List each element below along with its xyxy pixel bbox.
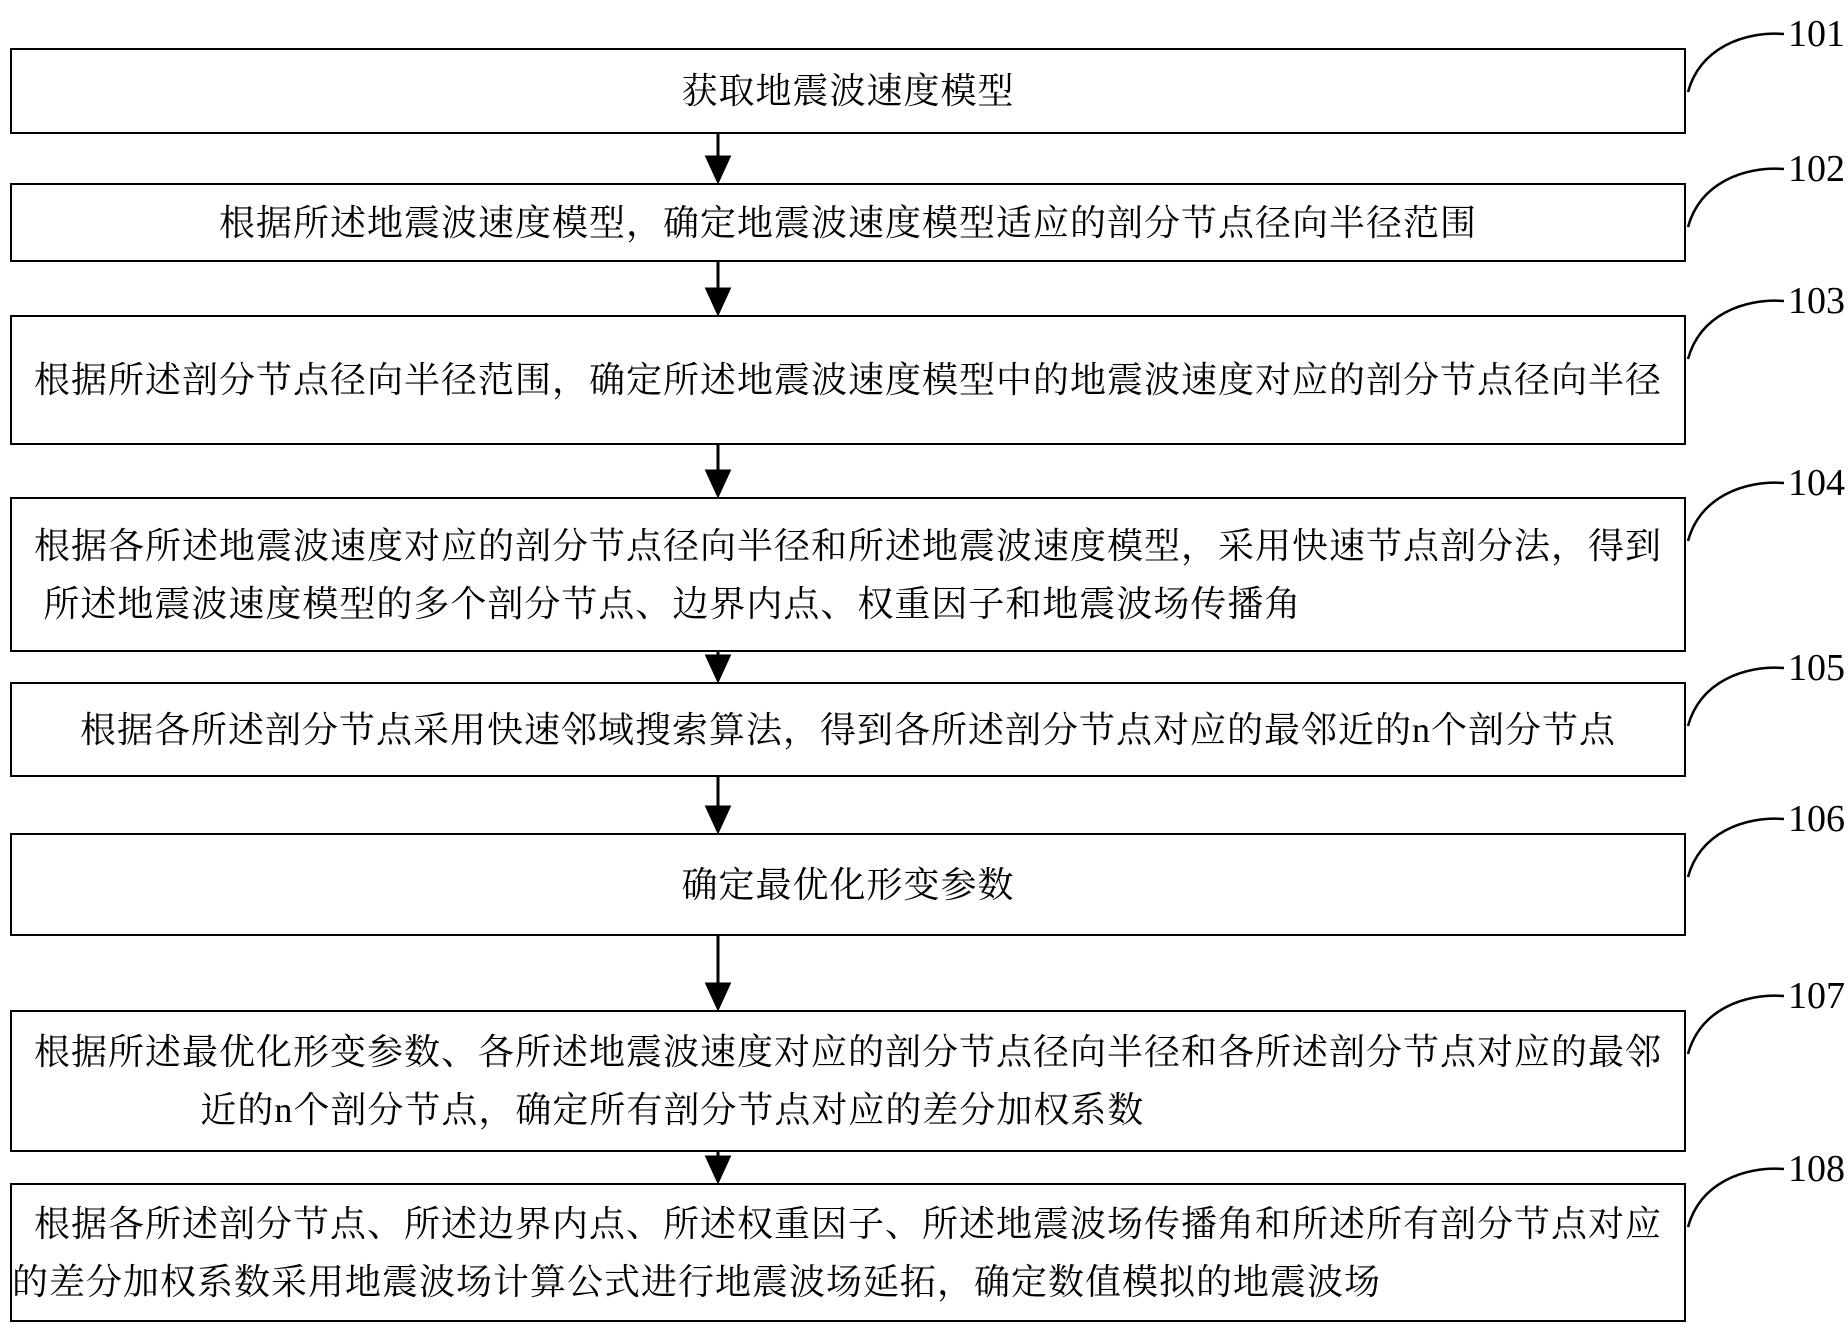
step-box-106: 确定最优化形变参数 (10, 833, 1686, 936)
leader-line-106 (1688, 819, 1784, 877)
flow-arrowhead-5 (707, 807, 729, 831)
ref-label-107: 107 (1788, 975, 1848, 1017)
step-box-107: 根据所述最优化形变参数、各所述地震波速度对应的剖分节点径向半径和各所述剖分节点对… (10, 1010, 1686, 1152)
flowchart-figure: 获取地震波速度模型 根据所述地震波速度模型，确定地震波速度模型适应的剖分节点径向… (0, 0, 1848, 1330)
leader-line-102 (1688, 169, 1784, 227)
step-box-105: 根据各所述剖分节点采用快速邻域搜索算法，得到各所述剖分节点对应的最邻近的n个剖分… (10, 682, 1686, 777)
step-105-text: 根据各所述剖分节点采用快速邻域搜索算法，得到各所述剖分节点对应的最邻近的n个剖分… (12, 701, 1684, 759)
step-107-text-line1: 根据所述最优化形变参数、各所述地震波速度对应的剖分节点径向半径和各所述剖分节点对… (12, 1023, 1684, 1081)
step-102-text: 根据所述地震波速度模型，确定地震波速度模型适应的剖分节点径向半径范围 (12, 194, 1684, 252)
flow-arrowhead-4 (707, 656, 729, 680)
leader-line-104 (1688, 483, 1784, 541)
step-104-text-line2: 所述地震波速度模型的多个剖分节点、边界内点、权重因子和地震波场传播角 (12, 575, 1333, 633)
flow-arrowhead-3 (707, 471, 729, 495)
leader-line-103 (1688, 301, 1784, 359)
leader-line-107 (1688, 996, 1784, 1054)
ref-label-103: 103 (1788, 280, 1848, 322)
step-box-104: 根据各所述地震波速度对应的剖分节点径向半径和所述地震波速度模型，采用快速节点剖分… (10, 497, 1686, 652)
flow-arrowhead-6 (707, 984, 729, 1008)
leader-line-108 (1688, 1169, 1784, 1227)
ref-label-104: 104 (1788, 462, 1848, 504)
step-box-108: 根据各所述剖分节点、所述边界内点、所述权重因子、所述地震波场传播角和所述所有剖分… (10, 1183, 1686, 1322)
flow-arrowhead-2 (707, 289, 729, 313)
step-101-text: 获取地震波速度模型 (12, 62, 1684, 120)
step-103-text: 根据所述剖分节点径向半径范围，确定所述地震波速度模型中的地震波速度对应的剖分节点… (12, 351, 1684, 409)
ref-label-108: 108 (1788, 1148, 1848, 1190)
ref-label-101: 101 (1788, 13, 1848, 55)
ref-label-105: 105 (1788, 647, 1848, 689)
step-108-text-line1: 根据各所述剖分节点、所述边界内点、所述权重因子、所述地震波场传播角和所述所有剖分… (12, 1195, 1684, 1253)
ref-label-106: 106 (1788, 798, 1848, 840)
step-108-text-line2: 的差分加权系数采用地震波场计算公式进行地震波场延拓，确定数值模拟的地震波场 (12, 1253, 1333, 1311)
step-104-text-line1: 根据各所述地震波速度对应的剖分节点径向半径和所述地震波速度模型，采用快速节点剖分… (12, 517, 1684, 575)
step-box-102: 根据所述地震波速度模型，确定地震波速度模型适应的剖分节点径向半径范围 (10, 183, 1686, 262)
step-box-103: 根据所述剖分节点径向半径范围，确定所述地震波速度模型中的地震波速度对应的剖分节点… (10, 315, 1686, 445)
step-107-text-line2: 近的n个剖分节点，确定所有剖分节点对应的差分加权系数 (12, 1081, 1333, 1139)
step-106-text: 确定最优化形变参数 (12, 856, 1684, 914)
flow-arrowhead-1 (707, 157, 729, 181)
step-box-101: 获取地震波速度模型 (10, 48, 1686, 134)
leader-line-105 (1688, 668, 1784, 726)
flow-arrowhead-7 (707, 1157, 729, 1181)
ref-label-102: 102 (1788, 148, 1848, 190)
leader-line-101 (1688, 34, 1784, 92)
